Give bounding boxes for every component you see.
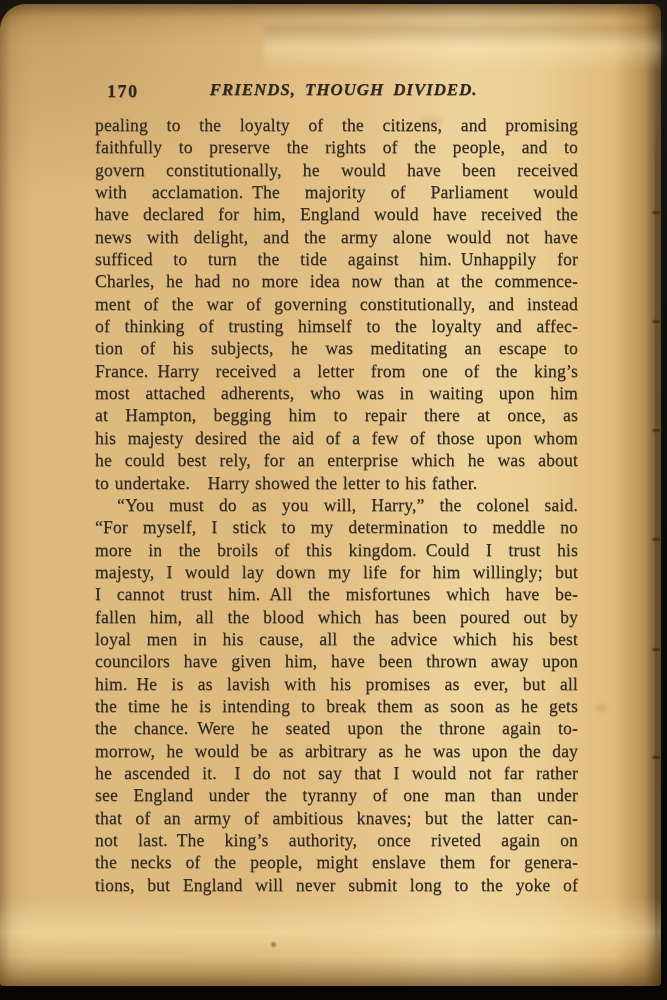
page-number: 170 — [107, 81, 139, 102]
text-line: to undertake. Harry showed the letter to… — [95, 472, 578, 494]
text-line: sufficed to turn the tide against him. U… — [95, 248, 578, 270]
text-line: him. He is as lavish with his promises a… — [95, 673, 578, 695]
text-line: govern constitutionally, he would have b… — [95, 159, 578, 181]
page-curl-highlight — [264, 26, 661, 70]
text-line: France. Harry received a letter from one… — [95, 360, 578, 382]
scanned-book-photo: 170 FRIENDS, THOUGH DIVIDED. pealing to … — [0, 0, 667, 1000]
text-line: with acclamation. The majority of Parlia… — [95, 181, 578, 203]
text-line: not last. The king’s authority, once riv… — [95, 829, 578, 851]
page-edge-mark — [652, 320, 660, 323]
body-text: pealing to the loyalty of the citizens, … — [95, 114, 578, 896]
page-edge-mark — [652, 429, 660, 432]
text-line: tion of his subjects, he was meditating … — [95, 337, 578, 359]
text-line: faithfully to preserve the rights of the… — [95, 136, 578, 158]
text-line: the time he is intending to break them a… — [95, 695, 578, 717]
text-line: have declared for him, England would hav… — [95, 203, 578, 225]
text-line: loyal men in his cause, all the advice w… — [95, 628, 578, 650]
text-line: pealing to the loyalty of the citizens, … — [95, 114, 578, 136]
text-line: I cannot trust him. All the misfortunes … — [95, 583, 578, 605]
page-edge-shadow — [655, 99, 658, 961]
foxing-spot — [271, 942, 276, 947]
foxing-spot — [596, 704, 606, 712]
text-line: tions, but England will never submit lon… — [95, 874, 578, 896]
text-line: at Hampton, begging him to repair there … — [95, 404, 578, 426]
text-line: “For myself, I stick to my determination… — [95, 516, 578, 538]
text-line: fallen him, all the blood which has been… — [95, 606, 578, 628]
text-line: he could best rely, for an enterprise wh… — [95, 449, 578, 471]
running-title: FRIENDS, THOUGH DIVIDED. — [95, 80, 578, 100]
page-edge-mark — [652, 538, 660, 541]
text-line: he ascended it. I do not say that I woul… — [95, 762, 578, 784]
text-line: councilors have given him, have been thr… — [95, 650, 578, 672]
page-header: 170 FRIENDS, THOUGH DIVIDED. — [95, 80, 578, 104]
text-line: of thinking of trusting himself to the l… — [95, 315, 578, 337]
text-line: news with delight, and the army alone wo… — [95, 226, 578, 248]
text-line: the necks of the people, might enslave t… — [95, 851, 578, 873]
page-edge-mark — [652, 648, 660, 651]
text-line: see England under the tyranny of one man… — [95, 784, 578, 806]
page-edge-mark — [652, 756, 660, 759]
page-edge-mark — [652, 211, 660, 214]
text-line: his majesty desired the aid of a few of … — [95, 427, 578, 449]
text-line: morrow, he would be as arbitrary as he w… — [95, 740, 578, 762]
text-line: “You must do as you will, Harry,” the co… — [95, 494, 578, 516]
text-line: most attached adherents, who was in wait… — [95, 382, 578, 404]
text-line: ment of the war of governing constitutio… — [95, 293, 578, 315]
text-line: majesty, I would lay down my life for hi… — [95, 561, 578, 583]
text-line: that of an army of ambitious knaves; but… — [95, 807, 578, 829]
text-line: more in the broils of this kingdom. Coul… — [95, 539, 578, 561]
text-line: Charles, he had no more idea now than at… — [95, 270, 578, 292]
text-line: the chance. Were he seated upon the thro… — [95, 717, 578, 739]
book-page: 170 FRIENDS, THOUGH DIVIDED. pealing to … — [0, 4, 661, 986]
